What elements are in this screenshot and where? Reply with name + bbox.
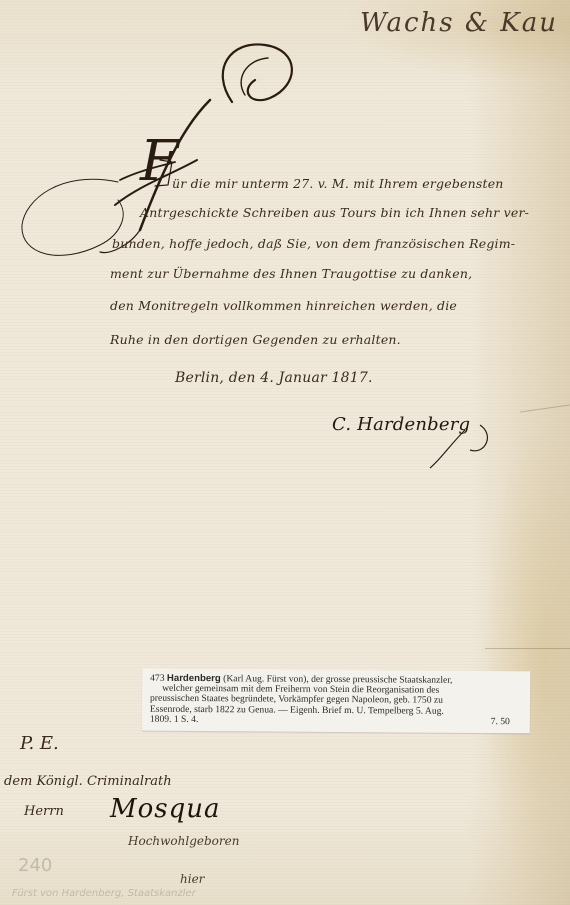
letter-line: Ruhe in den dortigen Gegenden zu erhalte…	[110, 332, 401, 347]
letter-line: ment zur Übernahme des Ihnen Traugottise…	[110, 266, 472, 281]
clipping-last-line: 1809. 1 S. 4. 7. 50	[150, 715, 522, 728]
address-line: Hochwohlgeboren	[128, 834, 239, 848]
address-line: hier	[180, 872, 204, 886]
letter-line: ür die mir unterm 27. v. M. mit Ihrem er…	[172, 176, 504, 191]
clipping-price: 7. 50	[491, 717, 522, 727]
address-abbrev: P. E.	[20, 733, 59, 754]
catalog-clipping: 473 Hardenberg (Karl Aug. Fürst von), de…	[142, 669, 530, 734]
address-recipient-name: Mosqua	[110, 794, 221, 824]
pencil-note: Fürst von Hardenberg, Staatskanzler	[12, 888, 196, 899]
pencil-number: 240	[18, 855, 52, 876]
letter-dateline: Berlin, den 4. Januar 1817.	[175, 370, 373, 386]
letter-line: Antrgeschickte Schreiben aus Tours bin i…	[140, 205, 529, 220]
letter-line: bunden, hoffe jedoch, daß Sie, von dem f…	[112, 236, 515, 251]
address-prefix: Herrn	[24, 804, 64, 819]
signature-flourish	[420, 420, 500, 480]
clipping-format: 1809. 1 S. 4.	[150, 715, 199, 726]
address-line: dem Königl. Criminalrath	[4, 774, 172, 789]
letter-line: den Monitregeln vollkommen hinreichen we…	[110, 298, 457, 313]
